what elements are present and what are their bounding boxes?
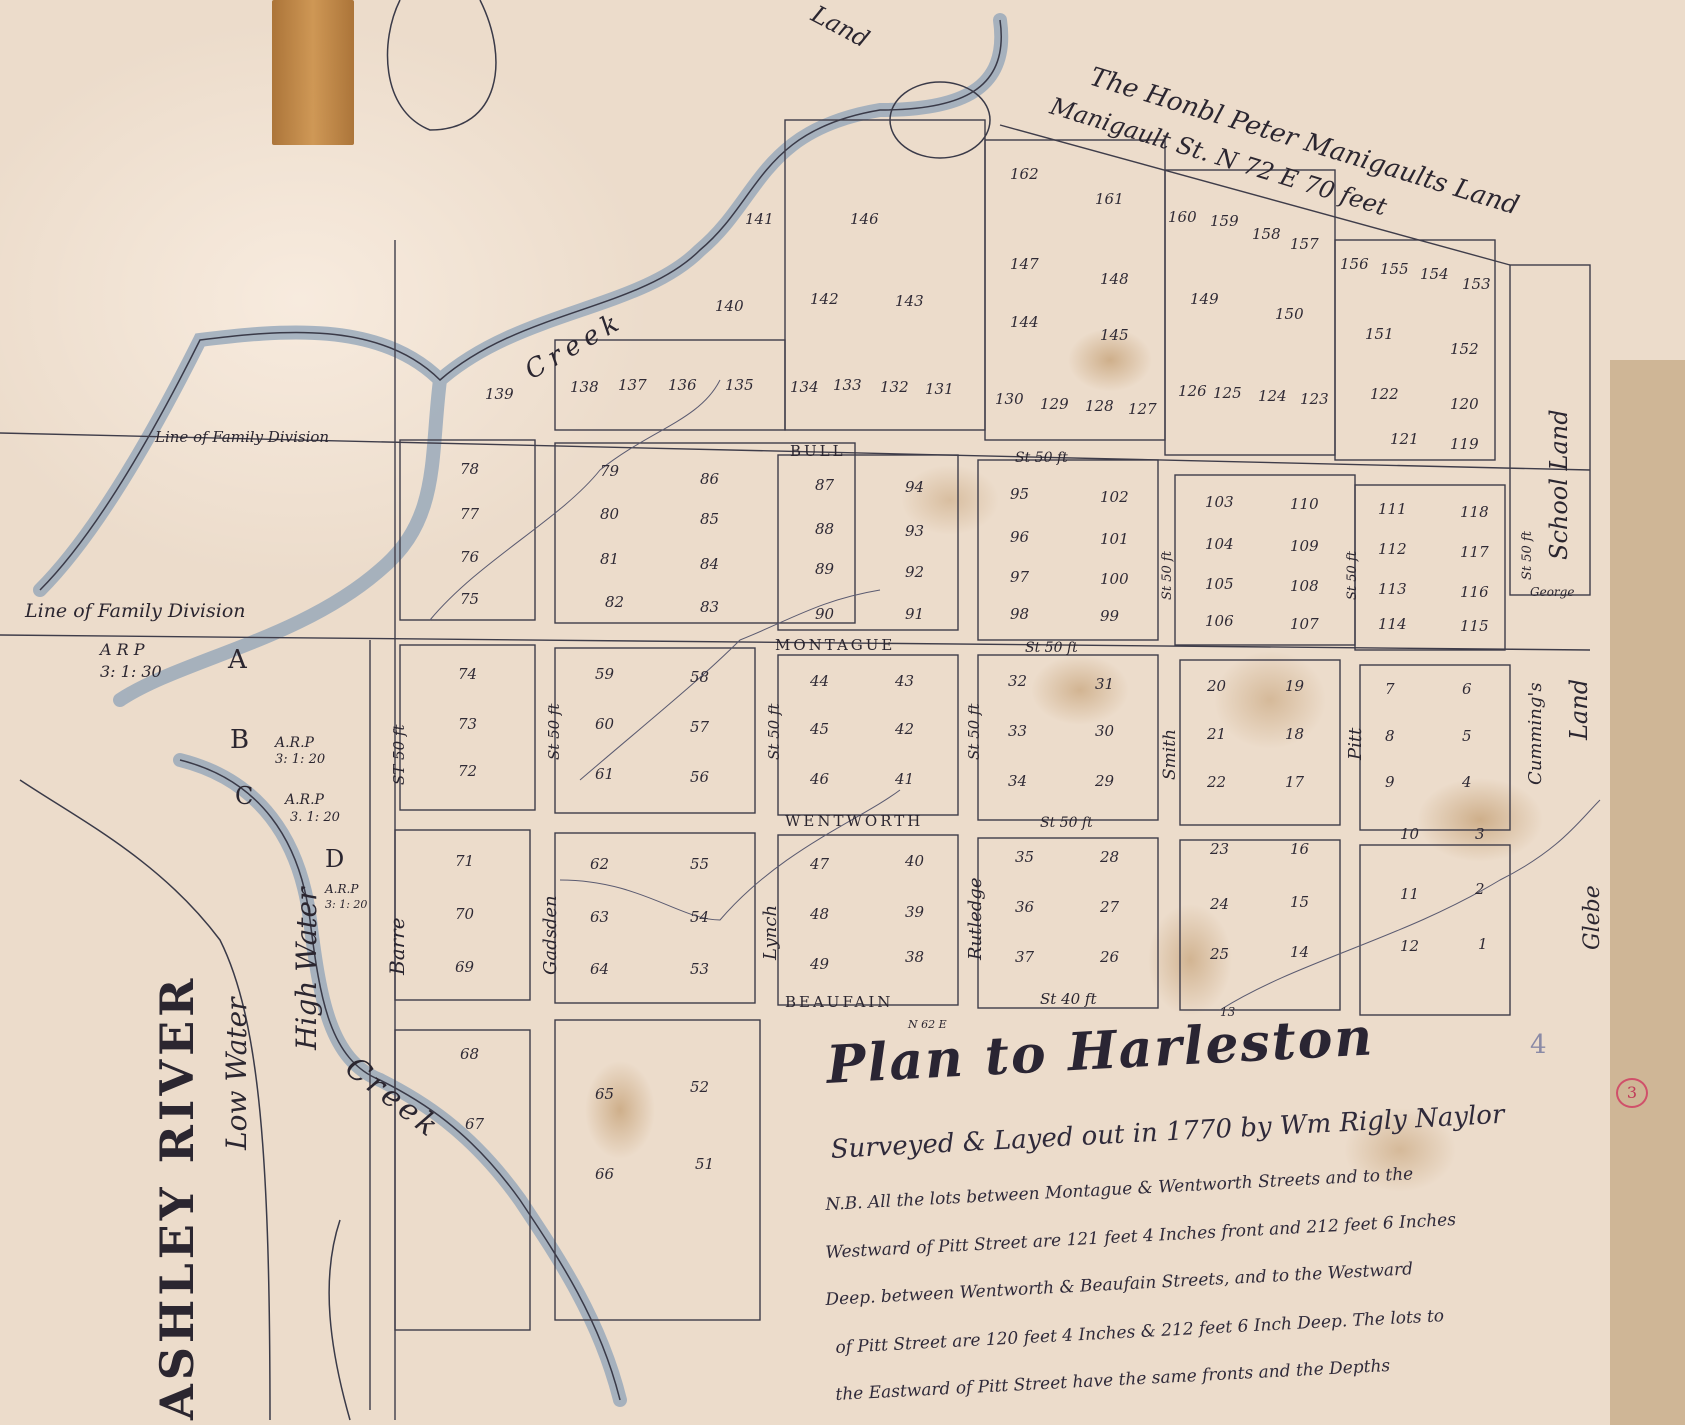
lot-number: 152: [1450, 340, 1479, 358]
lot-number: 52: [690, 1078, 709, 1096]
lot-number: 39: [905, 903, 924, 921]
lot-number: 122: [1370, 385, 1399, 403]
lot-number: 57: [690, 718, 709, 736]
lot-number: 96: [1010, 528, 1029, 546]
lot-number: 43: [895, 672, 914, 690]
lot-number: 7: [1385, 680, 1395, 698]
lot-number: 70: [455, 905, 474, 923]
lot-number: 82: [605, 593, 624, 611]
lot-number: 159: [1210, 212, 1239, 230]
street-lynch: Lynch: [760, 905, 781, 960]
lot-number: 20: [1207, 677, 1226, 695]
street-beaufain-width: St 40 ft: [1040, 990, 1097, 1008]
lot-number: 3: [1475, 825, 1485, 843]
lot-number: 146: [850, 210, 879, 228]
lot-number: 147: [1010, 255, 1039, 273]
lot-number: 138: [570, 378, 599, 396]
lot-number: 41: [895, 770, 914, 788]
lot-number: 101: [1100, 530, 1129, 548]
lot-number: 79: [600, 462, 619, 480]
lot-number: 149: [1190, 290, 1219, 308]
lot-number: 125: [1213, 384, 1242, 402]
lot-number: 42: [895, 720, 914, 738]
lot-number: 18: [1285, 725, 1304, 743]
lot-number: 64: [590, 960, 609, 978]
lot-number: 139: [485, 385, 514, 403]
lot-number: 36: [1015, 898, 1034, 916]
high-water-label: High Water: [290, 888, 323, 1050]
lot-number: 132: [880, 378, 909, 396]
family-division-label-2: Line of Family Division: [25, 600, 246, 622]
lot-number: 154: [1420, 265, 1449, 283]
lot-number: 76: [460, 548, 479, 566]
lot-number: 124: [1258, 387, 1287, 405]
lot-number: 118: [1460, 503, 1489, 521]
lot-number: 14: [1290, 943, 1309, 961]
lot-number: 35: [1015, 848, 1034, 866]
lot-number: 62: [590, 855, 609, 873]
lot-number: 45: [810, 720, 829, 738]
lot-number: 63: [590, 908, 609, 926]
lot-number: 48: [810, 905, 829, 923]
street-cummings-width: St 50 ft: [1520, 531, 1535, 580]
lot-number: 123: [1300, 390, 1329, 408]
lot-number: 126: [1178, 382, 1207, 400]
street-bull: BULL: [790, 442, 846, 460]
family-division-label-1: Line of Family Division: [155, 428, 329, 446]
street-gadsden-width: St 50 ft: [545, 703, 563, 760]
lot-number: 113: [1378, 580, 1407, 598]
lot-number: 8: [1385, 727, 1395, 745]
lot-number: 38: [905, 948, 924, 966]
lot-number: 6: [1462, 680, 1472, 698]
lot-number: 97: [1010, 568, 1029, 586]
pencil-mark: 4: [1530, 1030, 1547, 1060]
street-wentworth: WENTWORTH: [785, 812, 923, 830]
street-pitt-width: St 50 ft: [1345, 551, 1360, 600]
lot-number: 11: [1400, 885, 1419, 903]
lot-number: 9: [1385, 773, 1395, 791]
street-wentworth-width: St 50 ft: [1040, 815, 1093, 831]
street-smith-width: St 50 ft: [1160, 551, 1175, 600]
lot-number: 21: [1207, 725, 1226, 743]
parcel-c-area: 3. 1: 20: [290, 810, 340, 825]
lot-number: 51: [695, 1155, 714, 1173]
street-george: George: [1530, 585, 1574, 599]
street-rutledge: Rutledge: [965, 878, 986, 961]
ashley-river-label: ASHLEY RIVER: [150, 975, 204, 1420]
school-land-label: School Land: [1545, 409, 1573, 560]
lot-number: 68: [460, 1045, 479, 1063]
lot-number: 100: [1100, 570, 1129, 588]
lot-number: 155: [1380, 260, 1409, 278]
lot-number: 130: [995, 390, 1024, 408]
lot-number: 29: [1095, 772, 1114, 790]
lot-number: 71: [455, 852, 474, 870]
lot-number: 158: [1252, 225, 1281, 243]
parcel-a-arp: A R P: [100, 640, 145, 659]
lot-number: 115: [1460, 617, 1489, 635]
parcel-c-arp: A.R.P: [285, 792, 324, 808]
lot-number: 15: [1290, 893, 1309, 911]
lot-number: 46: [810, 770, 829, 788]
lot-number: 24: [1210, 895, 1229, 913]
lot-number: 33: [1008, 722, 1027, 740]
street-barre-width: ST 50 ft: [390, 725, 408, 785]
lot-number: 17: [1285, 773, 1304, 791]
lot-number: 143: [895, 292, 924, 310]
lot-number: 86: [700, 470, 719, 488]
lot-number: 47: [810, 855, 829, 873]
lot-number: 74: [458, 665, 477, 683]
street-montague-width: St 50 ft: [1025, 640, 1078, 656]
historic-map: The Honbl Peter Manigaults Land Manigaul…: [0, 0, 1685, 1425]
lot-number: 121: [1390, 430, 1419, 448]
lot-number: 112: [1378, 540, 1407, 558]
lot-number: 49: [810, 955, 829, 973]
lot-number: 129: [1040, 395, 1069, 413]
lot-number: 73: [458, 715, 477, 733]
lot-number: 157: [1290, 235, 1319, 253]
lot-number: 58: [690, 668, 709, 686]
lot-number: 28: [1100, 848, 1119, 866]
lot-number: 30: [1095, 722, 1114, 740]
street-barre: Barre: [385, 917, 409, 975]
lot-number: 75: [460, 590, 479, 608]
lot-number: 10: [1400, 825, 1419, 843]
street-gadsden: Gadsden: [540, 895, 561, 975]
lot-number: 108: [1290, 577, 1319, 595]
lot-number: 32: [1008, 672, 1027, 690]
lot-number: 59: [595, 665, 614, 683]
lot-number: 105: [1205, 575, 1234, 593]
lot-number: 103: [1205, 493, 1234, 511]
lot-number: 56: [690, 768, 709, 786]
lot-number: 131: [925, 380, 954, 398]
lot-number: 92: [905, 563, 924, 581]
lot-number: 144: [1010, 313, 1039, 331]
parcel-a-letter: A: [228, 645, 247, 675]
lot-number: 148: [1100, 270, 1129, 288]
lot-number: 22: [1207, 773, 1226, 791]
lot-number: 83: [700, 598, 719, 616]
lot-number: 67: [465, 1115, 484, 1133]
street-beaufain: BEAUFAIN: [785, 993, 893, 1011]
street-bull-width: St 50 ft: [1015, 450, 1068, 466]
lot-number: 107: [1290, 615, 1319, 633]
lot-number: 72: [458, 762, 477, 780]
lot-number: 133: [833, 376, 862, 394]
lot-number: 160: [1168, 208, 1197, 226]
lot-number: 65: [595, 1085, 614, 1103]
lot-number: 117: [1460, 543, 1489, 561]
lot-number: 136: [668, 376, 697, 394]
lot-number: 134: [790, 378, 819, 396]
lot-number: 12: [1400, 937, 1419, 955]
street-rutledge-width: St 50 ft: [965, 703, 983, 760]
lot-number: 34: [1008, 772, 1027, 790]
lot-number: 89: [815, 560, 834, 578]
lot-number: 110: [1290, 495, 1319, 513]
lot-number: 109: [1290, 537, 1319, 555]
lot-number: 156: [1340, 255, 1369, 273]
lot-number: 135: [725, 376, 754, 394]
low-water-label: Low Water: [220, 997, 253, 1150]
lot-number: 162: [1010, 165, 1039, 183]
street-smith: Smith: [1160, 729, 1180, 780]
lot-number: 23: [1210, 840, 1229, 858]
lot-number: 140: [715, 297, 744, 315]
lot-number: 1: [1478, 935, 1488, 953]
lot-number: 111: [1378, 500, 1407, 518]
lot-number: 40: [905, 852, 924, 870]
lot-number: 116: [1460, 583, 1489, 601]
street-cummings: Cumming's: [1525, 682, 1546, 785]
lot-number: 106: [1205, 612, 1234, 630]
lot-number: 27: [1100, 898, 1119, 916]
lot-number: 85: [700, 510, 719, 528]
lot-number: 61: [595, 765, 614, 783]
parcel-b-area: 3: 1: 20: [275, 752, 325, 767]
lot-number: 127: [1128, 400, 1157, 418]
lot-number: 77: [460, 505, 479, 523]
parcel-b-arp: A.R.P: [275, 735, 314, 751]
lot-number: 26: [1100, 948, 1119, 966]
lot-number: 19: [1285, 677, 1304, 695]
lot-number: 104: [1205, 535, 1234, 553]
lot-number: 44: [810, 672, 829, 690]
lot-number: 141: [745, 210, 774, 228]
lot-number: 95: [1010, 485, 1029, 503]
lot-number: 81: [600, 550, 619, 568]
lot-number: 53: [690, 960, 709, 978]
north-creek-water: [40, 20, 1001, 590]
lot-number: 99: [1100, 607, 1119, 625]
lot-number: 161: [1095, 190, 1124, 208]
lot-number: 31: [1095, 675, 1114, 693]
lot-number: 90: [815, 605, 834, 623]
lot-number: 153: [1462, 275, 1491, 293]
lot-number: 2: [1475, 880, 1485, 898]
lot-number: 98: [1010, 605, 1029, 623]
lot-number: 69: [455, 958, 474, 976]
glebe-label: Glebe: [1580, 885, 1605, 950]
lot-number: 55: [690, 855, 709, 873]
lot-number: 102: [1100, 488, 1129, 506]
street-lynch-width: St 50 ft: [765, 703, 783, 760]
lot-number: 84: [700, 555, 719, 573]
lot-number: 137: [618, 376, 647, 394]
lot-number: 120: [1450, 395, 1479, 413]
lot-number: 66: [595, 1165, 614, 1183]
lot-number: 16: [1290, 840, 1309, 858]
parcel-b-letter: B: [230, 725, 249, 755]
street-montague: MONTAGUE: [775, 636, 895, 654]
lot-number: 150: [1275, 305, 1304, 323]
lot-number: 142: [810, 290, 839, 308]
lot-number: 128: [1085, 397, 1114, 415]
lot-number: 119: [1450, 435, 1479, 453]
parcel-d-area: 3: 1: 20: [325, 898, 367, 911]
lot-number: 37: [1015, 948, 1034, 966]
lot-number: 5: [1462, 727, 1472, 745]
lot-number: 4: [1462, 773, 1472, 791]
lot-number: 87: [815, 476, 834, 494]
lot-number: 114: [1378, 615, 1407, 633]
lot-number: 54: [690, 908, 709, 926]
lot-number: 145: [1100, 326, 1129, 344]
land-label: Land: [1565, 679, 1593, 740]
lot-number: 151: [1365, 325, 1394, 343]
street-pitt: Pitt: [1345, 728, 1366, 760]
archive-stamp: 3: [1616, 1078, 1648, 1108]
lot-number: 88: [815, 520, 834, 538]
parcel-c-letter: C: [235, 782, 253, 810]
parcel-a-area: 3: 1: 30: [100, 662, 162, 681]
lot-number: 94: [905, 478, 924, 496]
lot-number: 60: [595, 715, 614, 733]
parcel-d-letter: D: [325, 845, 344, 873]
lot-number: 91: [905, 605, 924, 623]
lot-number: 78: [460, 460, 479, 478]
parcel-d-arp: A.R.P: [325, 882, 358, 896]
lot-number: 93: [905, 522, 924, 540]
lot-number: 80: [600, 505, 619, 523]
lot-number: 25: [1210, 945, 1229, 963]
